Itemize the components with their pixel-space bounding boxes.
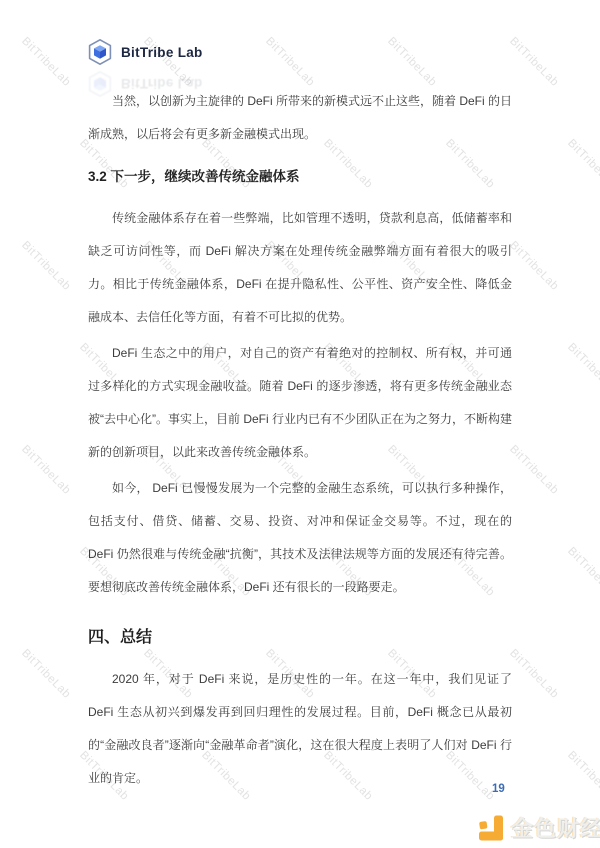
golden-finance-text: 金色财经 <box>511 812 600 843</box>
watermark-text: BitTribeLab <box>507 35 561 89</box>
document-body: 当然，以创新为主旋律的 DeFi 所带来的新模式远不止这些，随着 DeFi 的日… <box>88 85 512 798</box>
watermark-text: BitTribeLab <box>565 341 600 395</box>
watermark-text: BitTribeLab <box>19 647 73 701</box>
page-number: 19 <box>492 783 505 795</box>
section-heading-3-2: 3.2 下一步，继续改善传统金融体系 <box>88 167 512 187</box>
watermark-text: BitTribeLab <box>507 239 561 293</box>
watermark-text: BitTribeLab <box>19 443 73 497</box>
paragraph-summary: 2020 年，对于 DeFi 来说，是历史性的一年。在这一年中，我们见证了 De… <box>88 663 512 795</box>
watermark-text: BitTribeLab <box>19 239 73 293</box>
paragraph-drawbacks: 传统金融体系存在着一些弊端，比如管理不透明，贷款利息高，低储蓄率和缺乏可访问性等… <box>88 202 512 334</box>
paragraph-ecosystem: 如今， DeFi 已慢慢发展为一个完整的金融生态系统，可以执行多种操作，包括支付… <box>88 472 512 604</box>
watermark-text: BitTribeLab <box>565 137 600 191</box>
bittribe-logo-text: BitTribe Lab <box>121 45 203 60</box>
watermark-text: BitTribeLab <box>507 443 561 497</box>
bittribe-logo-icon <box>86 38 114 66</box>
golden-finance-brand: 金色财经 <box>477 812 600 843</box>
golden-finance-icon <box>477 814 505 842</box>
document-page: BitTribeLabBitTribeLabBitTribeLabBitTrib… <box>0 0 600 848</box>
watermark-text: BitTribeLab <box>565 545 600 599</box>
watermark-text: BitTribeLab <box>385 35 439 89</box>
watermark-text: BitTribeLab <box>263 35 317 89</box>
watermark-text: BitTribeLab <box>565 749 600 803</box>
paragraph-intro: 当然，以创新为主旋律的 DeFi 所带来的新模式远不止这些，随着 DeFi 的日… <box>88 85 512 151</box>
watermark-text: BitTribeLab <box>19 35 73 89</box>
section-heading-4: 四、总结 <box>88 627 512 649</box>
bittribe-logo: BitTribe Lab <box>86 38 203 66</box>
paragraph-users: DeFi 生态之中的用户，对自己的资产有着绝对的控制权、所有权，并可通过多样化的… <box>88 337 512 469</box>
watermark-text: BitTribeLab <box>507 647 561 701</box>
